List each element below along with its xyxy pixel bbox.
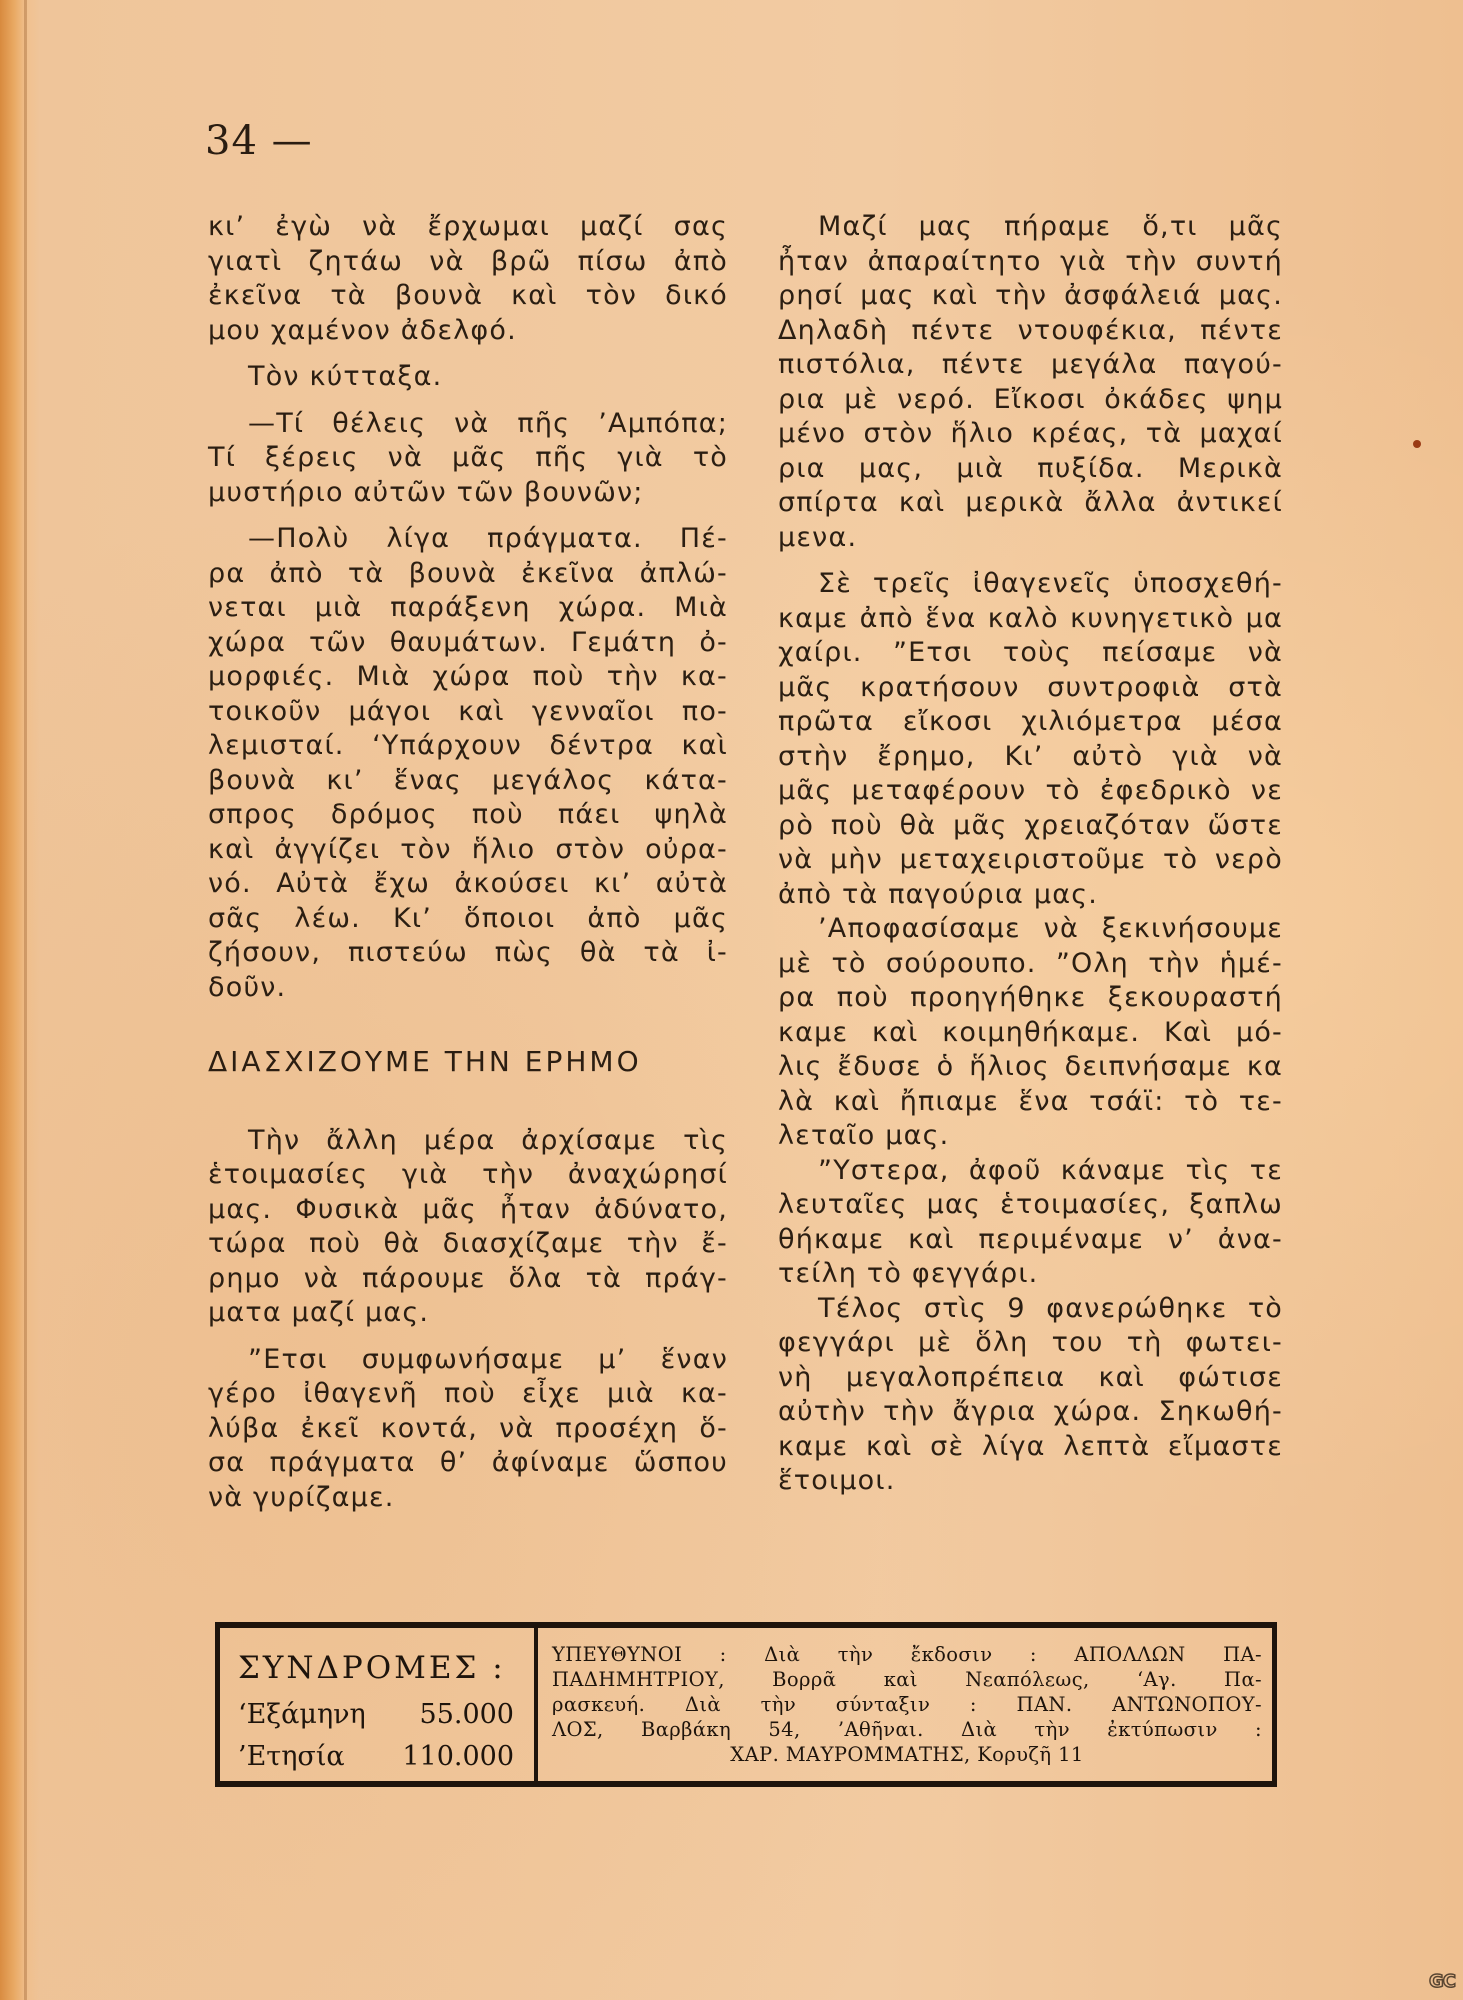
text-line: ρημο νὰ πάρουμε ὅλα τὰ πράγ-	[208, 1262, 728, 1297]
scanned-page: 34 — κι’ ἐγὼ νὰ ἔρχωμαι μαζί σαςγιατὶ ζη…	[0, 0, 1463, 2000]
text-line: νὴ μεγαλοπρέπεια καὶ φώτισε	[778, 1361, 1283, 1396]
text-line: νεται μιὰ παράξενη χώρα. Μιὰ	[208, 591, 728, 626]
text-line: καὶ ἀγγίζει τὸν ἥλιο στὸν οὐρα-	[208, 833, 728, 868]
text-line: ρα ποὺ προηγήθηκε ξεκουραστή	[778, 981, 1283, 1016]
subscription-price: 55.000	[420, 1694, 514, 1736]
text-line: νὰ γυρίζαμε.	[208, 1481, 728, 1516]
text-line: μου χαμένον ἀδελφό.	[208, 314, 728, 349]
text-line: —Πολὺ λίγα πράγματα. Πέ-	[208, 522, 728, 557]
page-spine-edge	[24, 0, 27, 2000]
text-line: Τὸν κύτταξα.	[208, 360, 728, 395]
text-line: ἕτοιμοι.	[778, 1464, 1283, 1499]
text-line: λύβα ἐκεῖ κοντά, νὰ προσέχη ὅ-	[208, 1412, 728, 1447]
text-line: φεγγάρι μὲ ὅλη του τὴ φωτει-	[778, 1326, 1283, 1361]
text-line: νὰ μὴν μεταχειριστοῦμε τὸ νερὸ	[778, 843, 1283, 878]
colophon-line: ΧΑΡ. ΜΑΥΡΟΜΜΑΤΗΣ, Κορυζῆ 11	[552, 1742, 1262, 1767]
text-line: θήκαμε καὶ περιμέναμε ν’ ἀνα-	[778, 1223, 1283, 1258]
paragraph-gap	[208, 395, 728, 407]
text-line: καμε καὶ κοιμηθήκαμε. Καὶ μό-	[778, 1016, 1283, 1051]
colophon-box: ΣΥΝΔΡΟΜΕΣ : ‘Εξάμηνη 55.000 ’Ετησία 110.…	[215, 1622, 1277, 1787]
colophon-line: ΠΑΔΗΜΗΤΡΙΟΥ, Βορρᾶ καὶ Νεαπόλεως, ‘Αγ. Π…	[552, 1667, 1262, 1692]
text-line: ματα μαζί μας.	[208, 1296, 728, 1331]
text-line: μᾶς μεταφέρουν τὸ ἐφεδρικὸ νε	[778, 774, 1283, 809]
section-heading: ΔΙΑΣΧΙΖΟΥΜΕ ΤΗΝ ΕΡΗΜΟ	[208, 1045, 728, 1080]
text-line: Μαζί μας πήραμε ὅ,τι μᾶς	[778, 210, 1283, 245]
text-line: ’Αποφασίσαμε νὰ ξεκινήσουμε	[778, 912, 1283, 947]
subscription-row: ’Ετησία 110.000	[238, 1736, 534, 1778]
text-line: πιστόλια, πέντε μεγάλα παγού-	[778, 348, 1283, 383]
text-line: τοικοῦν μάγοι καὶ γενναῖοι πο-	[208, 695, 728, 730]
responsible-persons: ΥΠΕΥΘΥΝΟΙ : Διὰ τὴν ἔκδοσιν : ΑΠΟΛΛΩΝ ΠΑ…	[552, 1642, 1262, 1767]
text-line: δοῦν.	[208, 971, 728, 1006]
colophon-line: ρασκευή. Διὰ τὴν σύνταξιν : ΠΑΝ. ΑΝΤΩΝΟΠ…	[552, 1692, 1262, 1717]
text-line: αὐτὴν τὴν ἄγρια χώρα. Σηκωθή-	[778, 1395, 1283, 1430]
text-line: χώρα τῶν θαυμάτων. Γεμάτη ὀ-	[208, 626, 728, 661]
text-line: βουνὰ κι’ ἕνας μεγάλος κάτα-	[208, 764, 728, 799]
subscriptions-title: ΣΥΝΔΡΟΜΕΣ :	[238, 1650, 534, 1686]
text-line: σπίρτα καὶ μερικὰ ἄλλα ἀντικεί	[778, 486, 1283, 521]
text-line: λευταῖες μας ἑτοιμασίες, ξαπλω	[778, 1188, 1283, 1223]
text-line: ἀπὸ τὰ παγούρια μας.	[778, 878, 1283, 913]
text-line: μας. Φυσικὰ μᾶς ἦταν ἀδύνατο,	[208, 1193, 728, 1228]
right-column: Μαζί μας πήραμε ὅ,τι μᾶςἦταν ἀπαραίτητο …	[778, 210, 1283, 1499]
text-line: στὴν ἔρημο, Κι’ αὐτὸ γιὰ νὰ	[778, 740, 1283, 775]
text-line: τείλη τὸ φεγγάρι.	[778, 1257, 1283, 1292]
page-number: 34 —	[205, 118, 313, 164]
text-line: λις ἔδυσε ὁ ἥλιος δειπνήσαμε κα	[778, 1050, 1283, 1085]
text-line: πρῶτα εἴκοσι χιλιόμετρα μέσα	[778, 705, 1283, 740]
text-line: μένο στὸν ἥλιο κρέας, τὰ μαχαί	[778, 417, 1283, 452]
paragraph-gap	[778, 555, 1283, 567]
text-line: —Τί θέλεις νὰ πῆς ’Αμπόπα;	[208, 407, 728, 442]
text-line: σᾶς λέω. Κι’ ὅποιοι ἀπὸ μᾶς	[208, 902, 728, 937]
text-line: ρια μας, μιὰ πυξίδα. Μερικὰ	[778, 452, 1283, 487]
text-line: μᾶς κρατήσουν συντροφιὰ στὰ	[778, 671, 1283, 706]
text-line: ρα ἀπὸ τὰ βουνὰ ἐκεῖνα ἀπλώ-	[208, 557, 728, 592]
text-line: λεμισταί. ‘Υπάρχουν δέντρα καὶ	[208, 729, 728, 764]
text-line: ρὸ ποὺ θὰ μᾶς χρειαζόταν ὥστε	[778, 809, 1283, 844]
text-line: σα πράγματα θ’ ἀφίναμε ὥσπου	[208, 1446, 728, 1481]
text-line: γέρο ἰθαγενῆ ποὺ εἶχε μιὰ κα-	[208, 1377, 728, 1412]
text-line: Τί ξέρεις νὰ μᾶς πῆς γιὰ τὸ	[208, 441, 728, 476]
text-line: ἦταν ἀπαραίτητο γιὰ τὴν συντή	[778, 245, 1283, 280]
text-line: τώρα ποὺ θὰ διασχίζαμε τὴν ἔ-	[208, 1227, 728, 1262]
colophon-line: ΥΠΕΥΘΥΝΟΙ : Διὰ τὴν ἔκδοσιν : ΑΠΟΛΛΩΝ ΠΑ…	[552, 1642, 1262, 1667]
text-line: ”Υστερα, ἀφοῦ κάναμε τὶς τε	[778, 1154, 1283, 1189]
text-line: γιατὶ ζητάω νὰ βρῶ πίσω ἀπὸ	[208, 245, 728, 280]
subscription-row: ‘Εξάμηνη 55.000	[238, 1694, 534, 1736]
text-line: Σὲ τρεῖς ἰθαγενεῖς ὑποσχεθή-	[778, 567, 1283, 602]
text-line: μὲ τὸ σούρουπο. ”Ολη τὴν ἡμέ-	[778, 947, 1283, 982]
left-column: κι’ ἐγὼ νὰ ἔρχωμαι μαζί σαςγιατὶ ζητάω ν…	[208, 210, 728, 1515]
colophon-line: ΛΟΣ, Βαρβάκη 54, ’Αθῆναι. Διὰ τὴν ἐκτύπω…	[552, 1717, 1262, 1742]
text-line: μυστήριο αὐτῶν τῶν βουνῶν;	[208, 476, 728, 511]
text-line: κι’ ἐγὼ νὰ ἔρχωμαι μαζί σας	[208, 210, 728, 245]
text-line: νό. Αὐτὰ ἔχω ἀκούσει κι’ αὐτὰ	[208, 867, 728, 902]
text-line: ρια μὲ νερό. Εἴκοσι ὀκάδες ψημ	[778, 383, 1283, 418]
text-line: καμε ἀπὸ ἕνα καλὸ κυνηγετικὸ μα	[778, 602, 1283, 637]
paragraph-gap	[208, 510, 728, 522]
text-line: Δηλαδὴ πέντε ντουφέκια, πέντε	[778, 314, 1283, 349]
subscription-price: 110.000	[402, 1736, 514, 1778]
subscription-label: ‘Εξάμηνη	[238, 1694, 366, 1736]
subscriptions-panel: ΣΥΝΔΡΟΜΕΣ : ‘Εξάμηνη 55.000 ’Ετησία 110.…	[220, 1628, 538, 1781]
subscription-label: ’Ετησία	[238, 1736, 345, 1778]
paragraph-gap	[208, 348, 728, 360]
text-line: χαίρι. ”Ετσι τοὺς πείσαμε νὰ	[778, 636, 1283, 671]
text-line: Τέλος στὶς 9 φανερώθηκε τὸ	[778, 1292, 1283, 1327]
gc-watermark-logo: GC	[1429, 1971, 1455, 1992]
text-line: ἐκεῖνα τὰ βουνὰ καὶ τὸν δικό	[208, 279, 728, 314]
text-line: ”Ετσι συμφωνήσαμε μ’ ἕναν	[208, 1343, 728, 1378]
ink-stain	[1413, 440, 1421, 448]
text-line: μορφιές. Μιὰ χώρα ποὺ τὴν κα-	[208, 660, 728, 695]
text-line: ἑτοιμασίες γιὰ τὴν ἀναχώρησί	[208, 1158, 728, 1193]
text-line: μενα.	[778, 521, 1283, 556]
text-line: λὰ καὶ ἤπιαμε ἕνα τσάϊ: τὸ τε-	[778, 1085, 1283, 1120]
text-line: ζήσουν, πιστεύω πὼς θὰ τὰ ἰ-	[208, 936, 728, 971]
text-line: Τὴν ἄλλη μέρα ἀρχίσαμε τὶς	[208, 1124, 728, 1159]
paragraph-gap	[208, 1331, 728, 1343]
text-line: λεταῖο μας.	[778, 1119, 1283, 1154]
text-line: καμε καὶ σὲ λίγα λεπτὰ εἴμαστε	[778, 1430, 1283, 1465]
text-line: σπρος δρόμος ποὺ πάει ψηλὰ	[208, 798, 728, 833]
text-line: ρησί μας καὶ τὴν ἀσφάλειά μας.	[778, 279, 1283, 314]
